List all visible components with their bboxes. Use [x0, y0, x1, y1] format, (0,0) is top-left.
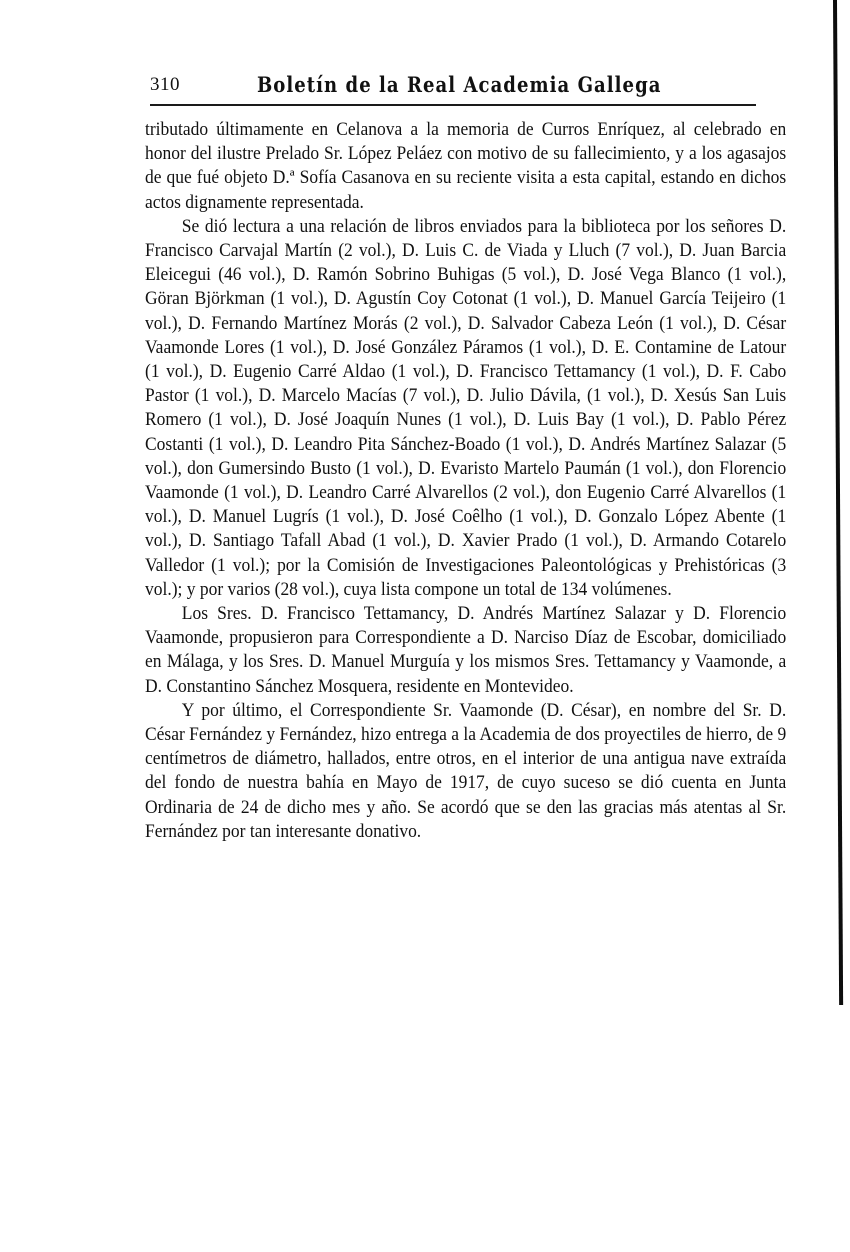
page-header: 310 Boletín de la Real Academia Gallega — [150, 70, 756, 104]
paragraph-correspondents-proposal: Los Sres. D. Francisco Tettamancy, D. An… — [145, 602, 786, 699]
paragraph-projectiles-donation: Y por último, el Correspondiente Sr. Vaa… — [145, 699, 786, 844]
body-text: tributado últimamente en Celanova a la m… — [145, 118, 786, 844]
paragraph-library-donations: Se dió lectura a una relación de libros … — [145, 215, 786, 602]
header-rule — [150, 104, 756, 106]
page-edge-line — [833, 0, 843, 1005]
page-number: 310 — [150, 74, 180, 96]
paragraph-continuation: tributado últimamente en Celanova a la m… — [145, 118, 786, 215]
running-title: Boletín de la Real Academia Gallega — [257, 72, 661, 97]
